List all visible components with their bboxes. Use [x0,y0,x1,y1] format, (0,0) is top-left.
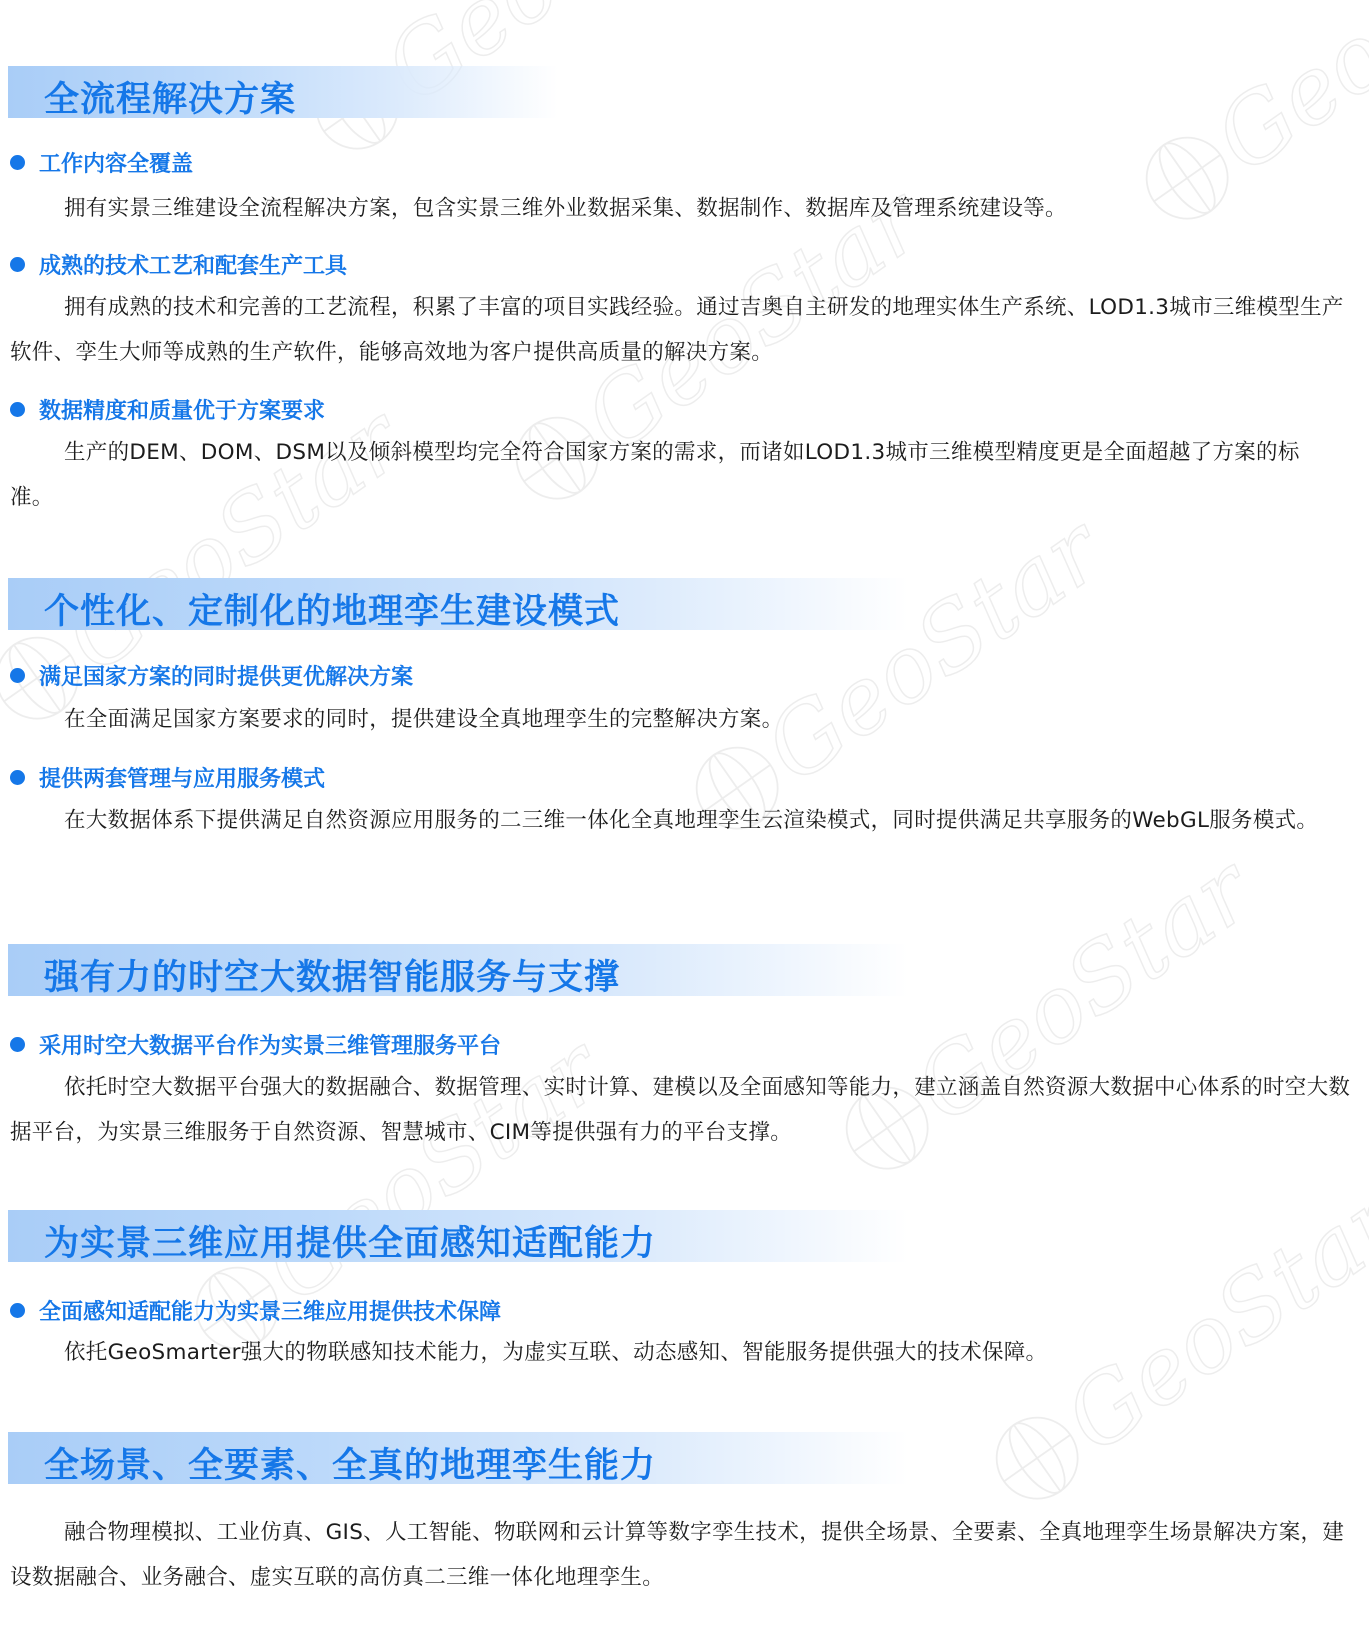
section-heading-band: 为实景三维应用提供全面感知适配能力 [8,1210,908,1262]
subheading: 数据精度和质量优于方案要求 [10,394,325,425]
paragraph: 融合物理模拟、工业仿真、GIS、人工智能、物联网和云计算等数字孪生技术，提供全场… [10,1510,1355,1600]
section-heading-band: 强有力的时空大数据智能服务与支撑 [8,944,908,996]
section-heading-band: 个性化、定制化的地理孪生建设模式 [8,578,908,630]
section-heading-band: 全场景、全要素、全真的地理孪生能力 [8,1432,908,1484]
subheading-label: 工作内容全覆盖 [39,147,193,178]
subheading-label: 数据精度和质量优于方案要求 [39,394,325,425]
bullet-dot-icon [10,402,25,417]
paragraph: 依托时空大数据平台强大的数据融合、数据管理、实时计算、建模以及全面感知等能力，建… [10,1065,1355,1155]
subheading: 全面感知适配能力为实景三维应用提供技术保障 [10,1295,501,1326]
section-title: 全场景、全要素、全真的地理孪生能力 [44,1438,656,1488]
paragraph: 在全面满足国家方案要求的同时，提供建设全真地理孪生的完整解决方案。 [10,697,1355,742]
subheading: 提供两套管理与应用服务模式 [10,762,325,793]
subheading: 满足国家方案的同时提供更优解决方案 [10,660,413,691]
bullet-dot-icon [10,770,25,785]
subheading-label: 满足国家方案的同时提供更优解决方案 [39,660,413,691]
section-heading-band: 全流程解决方案 [8,66,558,118]
subheading-label: 全面感知适配能力为实景三维应用提供技术保障 [39,1295,501,1326]
bullet-dot-icon [10,668,25,683]
section-title: 个性化、定制化的地理孪生建设模式 [44,584,620,634]
section-title: 全流程解决方案 [44,72,296,122]
paragraph: 在大数据体系下提供满足自然资源应用服务的二三维一体化全真地理孪生云渲染模式，同时… [10,798,1355,843]
bullet-dot-icon [10,1037,25,1052]
paragraph: 拥有成熟的技术和完善的工艺流程，积累了丰富的项目实践经验。通过吉奥自主研发的地理… [10,285,1355,375]
section-title: 为实景三维应用提供全面感知适配能力 [44,1216,656,1266]
subheading-label: 采用时空大数据平台作为实景三维管理服务平台 [39,1029,501,1060]
paragraph: 拥有实景三维建设全流程解决方案，包含实景三维外业数据采集、数据制作、数据库及管理… [10,186,1355,231]
paragraph: 依托GeoSmarter强大的物联感知技术能力，为虚实互联、动态感知、智能服务提… [10,1330,1355,1375]
subheading-label: 提供两套管理与应用服务模式 [39,762,325,793]
bullet-dot-icon [10,155,25,170]
subheading: 工作内容全覆盖 [10,147,193,178]
bullet-dot-icon [10,257,25,272]
section-title: 强有力的时空大数据智能服务与支撑 [44,950,620,1000]
bullet-dot-icon [10,1303,25,1318]
paragraph: 生产的DEM、DOM、DSM以及倾斜模型均完全符合国家方案的需求，而诸如LOD1… [10,430,1310,520]
subheading: 成熟的技术工艺和配套生产工具 [10,249,347,280]
subheading: 采用时空大数据平台作为实景三维管理服务平台 [10,1029,501,1060]
subheading-label: 成熟的技术工艺和配套生产工具 [39,249,347,280]
document-page: 全流程解决方案 工作内容全覆盖 拥有实景三维建设全流程解决方案，包含实景三维外业… [0,0,1369,1641]
